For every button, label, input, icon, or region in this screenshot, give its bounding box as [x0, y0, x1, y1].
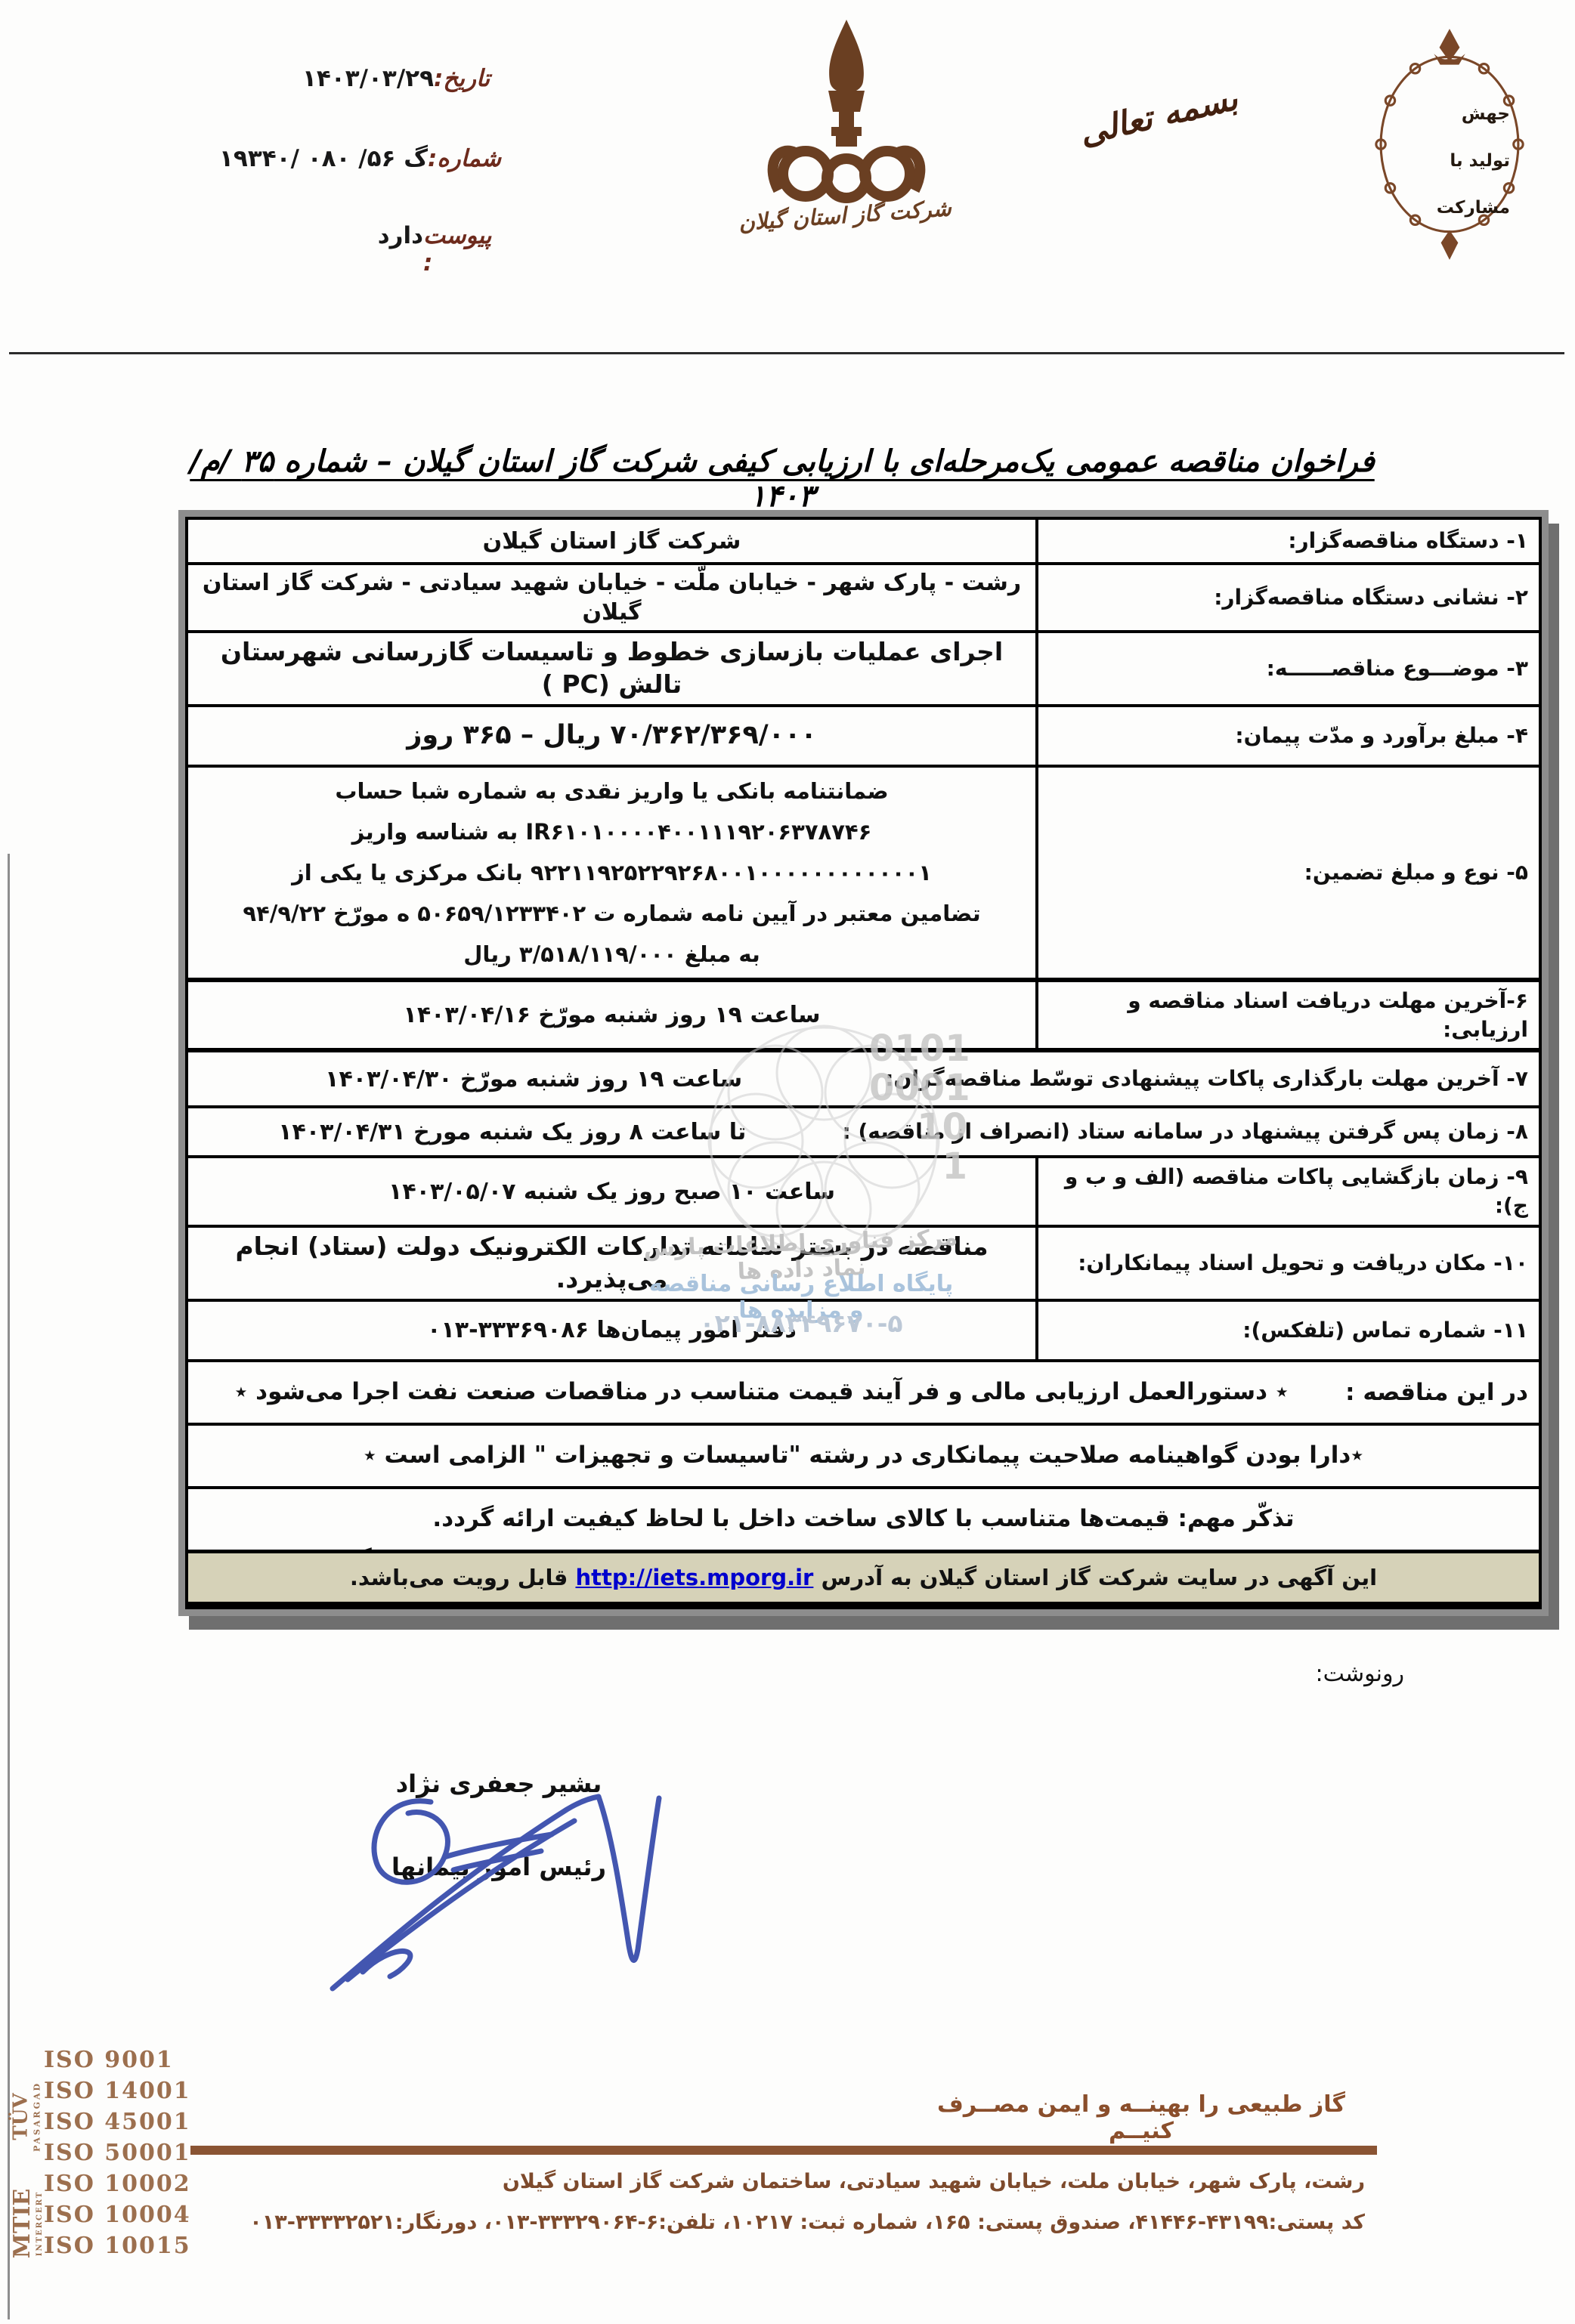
- row4-value: ۷۰/۳۶۲/۳۶۹/۰۰۰ ریال – ۳۶۵ روز: [188, 715, 1035, 756]
- note-row-3: تذکّر مهم: قیمت‌ها متناسب با کالای ساخت …: [188, 1489, 1539, 1553]
- row3-value: اجرای عملیات بازسازی خطوط و تاسیسات گازر…: [188, 633, 1035, 704]
- attachment-label: پیوست :: [423, 222, 506, 277]
- table-row-8: ۸- زمان پس گرفتن پیشنهاد در سامانه ستاد …: [188, 1108, 1539, 1158]
- number-label: شماره:: [428, 145, 506, 172]
- note-row-2: ٭دارا بودن گواهینامه صلاحیت پیمانکاری در…: [188, 1426, 1539, 1489]
- row10-value: مناقصه در بستر سامانه تدارکات الکترونیک …: [188, 1228, 1035, 1299]
- guarantee-line-5-amount: به مبلغ ۳/۵۱۸/۱۱۹/۰۰۰ ریال: [196, 934, 1028, 975]
- header-divider: [9, 352, 1564, 354]
- table-row-4: ۴- مبلغ برآورد و مدّت پیمان: ۷۰/۳۶۲/۳۶۹/…: [188, 707, 1539, 768]
- row1-label: ۱- دستگاه مناقصه‌گزار:: [1035, 520, 1539, 562]
- date-label: تاریخ:: [434, 65, 506, 92]
- page-title: فراخوان مناقصه عمومی یک‌مرحله‌ای با ارزی…: [189, 444, 1375, 514]
- stamp-line-2: تولید با: [1382, 138, 1510, 184]
- row5-value: ضمانتنامه بانکی یا واریز نقدی به شماره ش…: [188, 768, 1035, 978]
- note2-text: ٭دارا بودن گواهینامه صلاحیت پیمانکاری در…: [188, 1435, 1539, 1476]
- note3-text: تذکّر مهم: قیمت‌ها متناسب با کالای ساخت …: [188, 1498, 1539, 1540]
- table-row-7: ۷- آخرین مهلت بارگذاری پاکات پیشنهادی تو…: [188, 1052, 1539, 1108]
- row4-label: ۴- مبلغ برآورد و مدّت پیمان:: [1035, 707, 1539, 765]
- iso-item: ISO 10004: [44, 2199, 191, 2230]
- publish-text: این آگهی در سایت شرکت گاز استان گیلان به…: [188, 1565, 1539, 1590]
- scanned-tender-document: تاریخ: ۱۴۰۳/۰۳/۲۹ شماره: گ ۵۶/ ۰۸۰ /۱۹۳۴…: [0, 0, 1575, 2324]
- table-row-5: ۵- نوع و مبلغ تضمین: ضمانتنامه بانکی یا …: [188, 768, 1539, 982]
- footer-rule: [190, 2146, 1377, 2155]
- cert1-name: TÜV: [10, 2093, 32, 2140]
- contact-phone: ۰۱۳-۳۳۳۶۹۰۸۶: [427, 1317, 589, 1343]
- table-row-2: ۲- نشانی دستگاه مناقصه‌گزار: رشت - پارک …: [188, 565, 1539, 633]
- row8-label: ۸- زمان پس گرفتن پیشنهاد در سامانه ستاد …: [837, 1108, 1539, 1155]
- table-row-1: ۱- دستگاه مناقصه‌گزار: شرکت گاز استان گی…: [188, 520, 1539, 565]
- tender-info-table: ۱- دستگاه مناقصه‌گزار: شرکت گاز استان گی…: [185, 517, 1542, 1609]
- footer-address: رشت، پارک شهر، خیابان ملت، خیابان شهید س…: [189, 2170, 1365, 2193]
- guarantee-line-2-iban: IR۶۱۰۱۰۰۰۰۴۰۰۱۱۱۹۲۰۶۳۷۸۷۴۶ به شناسه واری…: [196, 811, 1028, 852]
- row6-value: ساعت ۱۹ روز شنبه مورّخ ۱۴۰۳/۰۴/۱۶: [188, 997, 1035, 1033]
- row7-label: ۷- آخرین مهلت بارگذاری پاکات پیشنهادی تو…: [879, 1052, 1539, 1105]
- guarantee-line-3-deposit-id: ۹۲۲۱۱۹۲۵۲۲۹۲۶۸۰۰۱۰۰۰۰۰۰۰۰۰۰۰۰۱ بانک مرکز…: [196, 852, 1028, 893]
- iso-item: ISO 9001: [44, 2044, 191, 2075]
- contact-office: دفتر امور پیمان‌ها: [596, 1317, 796, 1343]
- table-row-3: ۳- موضـــوع مناقصــــــه: اجرای عملیات ب…: [188, 633, 1539, 707]
- iso-item: ISO 45001: [44, 2106, 191, 2137]
- publish-after: قابل رویت می‌باشد.: [350, 1565, 576, 1590]
- stamp-line-1: جهش: [1382, 91, 1510, 138]
- row6-label: ۶-آخرین مهلت دریافت اسناد مناقصه و ارزیا…: [1035, 982, 1539, 1049]
- footer-contact: کد پستی:۴۳۱۹۹-۴۱۴۴۶، صندوق پستی: ۱۶۵، شم…: [189, 2211, 1365, 2234]
- cert2-name: MTIE: [9, 2189, 36, 2258]
- row5-label: ۵- نوع و مبلغ تضمین:: [1035, 768, 1539, 978]
- besmele-calligraphy: بسمه تعالی: [1069, 78, 1248, 154]
- row11-label: ۱۱- شماره تماس (تلفکس):: [1035, 1302, 1539, 1359]
- number-value: گ ۵۶/ ۰۸۰ /۱۹۳۴۰: [219, 145, 428, 172]
- table-row-11: ۱۱- شماره تماس (تلفکس): ۰۱۳-۳۳۳۶۹۰۸۶ دفت…: [188, 1302, 1539, 1362]
- iso-certifications-list: ISO 9001 ISO 14001 ISO 45001 ISO 50001 I…: [44, 2044, 191, 2261]
- cc-label: رونوشت:: [1298, 1661, 1404, 1687]
- number-field: شماره: گ ۵۶/ ۰۸۰ /۱۹۳۴۰: [166, 145, 506, 172]
- attachment-field: پیوست : دارد: [249, 222, 506, 277]
- gas-company-logo-icon: [756, 15, 937, 212]
- stamp-line-3: مشارکت: [1382, 184, 1510, 231]
- cert2-sub: INTERCERT: [36, 2174, 44, 2273]
- cert1-sub: PASARGAD: [32, 2072, 42, 2162]
- date-value: ۱۴۰۳/۰۳/۲۹: [302, 65, 434, 92]
- date-field: تاریخ: ۱۴۰۳/۰۳/۲۹: [249, 65, 506, 92]
- guarantee-line-1: ضمانتنامه بانکی یا واریز نقدی به شماره ش…: [196, 771, 1028, 811]
- table-row-9: ۹- زمان بازگشایی پاکات مناقصه (الف و ب و…: [188, 1158, 1539, 1228]
- row11-value: ۰۱۳-۳۳۳۶۹۰۸۶ دفتر امور پیمان‌ها: [188, 1312, 1035, 1348]
- tuv-certifier-logo-icon: TÜV PASARGAD: [10, 2072, 42, 2162]
- stamp-slogan-text: جهش تولید با مشارکت: [1382, 91, 1510, 231]
- attachment-value: دارد: [378, 222, 423, 249]
- table-row-10: ۱۰- مکان دریافت و تحویل اسناد پیمانکاران…: [188, 1228, 1539, 1302]
- row9-label: ۹- زمان بازگشایی پاکات مناقصه (الف و ب و…: [1035, 1158, 1539, 1225]
- iso-item: ISO 50001: [44, 2137, 191, 2168]
- row3-label: ۳- موضـــوع مناقصــــــه:: [1035, 633, 1539, 704]
- note-row-1: در این مناقصه : ٭ دستورالعمل ارزیابی مال…: [188, 1362, 1539, 1426]
- publish-before: این آگهی در سایت شرکت گاز استان گیلان به…: [813, 1565, 1377, 1590]
- row10-label: ۱۰- مکان دریافت و تحویل اسناد پیمانکاران…: [1035, 1228, 1539, 1299]
- row2-label: ۲- نشانی دستگاه مناقصه‌گزار:: [1035, 565, 1539, 630]
- iso-item: ISO 10015: [44, 2230, 191, 2261]
- row2-value: رشت - پارک شهر - خیابان ملّت - خیابان شه…: [188, 565, 1035, 630]
- row9-value: ساعت ۱۰ صبح روز یک شنبه ۱۴۰۳/۰۵/۰۷: [188, 1174, 1035, 1210]
- tender-site-link[interactable]: http://iets.mporg.ir: [575, 1565, 813, 1590]
- footer-slogan: گاز طبیعی را بهینــه و ایمن مصــرف کنیــ…: [914, 2091, 1368, 2144]
- guarantee-line-4-regulation: تضامین معتبر در آیین نامه شماره ت ۵۰۶۵۹/…: [196, 893, 1028, 934]
- table-row-6: ۶-آخرین مهلت دریافت اسناد مناقصه و ارزیا…: [188, 982, 1539, 1053]
- handwritten-signature-icon: [317, 1768, 673, 1995]
- publish-row: این آگهی در سایت شرکت گاز استان گیلان به…: [188, 1553, 1539, 1602]
- iso-item: ISO 14001: [44, 2075, 191, 2106]
- note1-text: ٭ دستورالعمل ارزیابی مالی و فر آیند قیمت…: [188, 1371, 1335, 1413]
- iso-item: ISO 10002: [44, 2168, 191, 2199]
- row1-value: شرکت گاز استان گیلان: [188, 524, 1035, 559]
- row7-value: ساعت ۱۹ روز شنبه مورّخ ۱۴۰۳/۰۴/۳۰: [188, 1062, 879, 1097]
- note1-label: در این مناقصه :: [1335, 1374, 1539, 1411]
- row8-value: تا ساعت ۸ روز یک شنبه مورخ ۱۴۰۳/۰۴/۳۱: [188, 1114, 837, 1150]
- mtie-certifier-logo-icon: MTIE INTERCERT: [9, 2174, 44, 2273]
